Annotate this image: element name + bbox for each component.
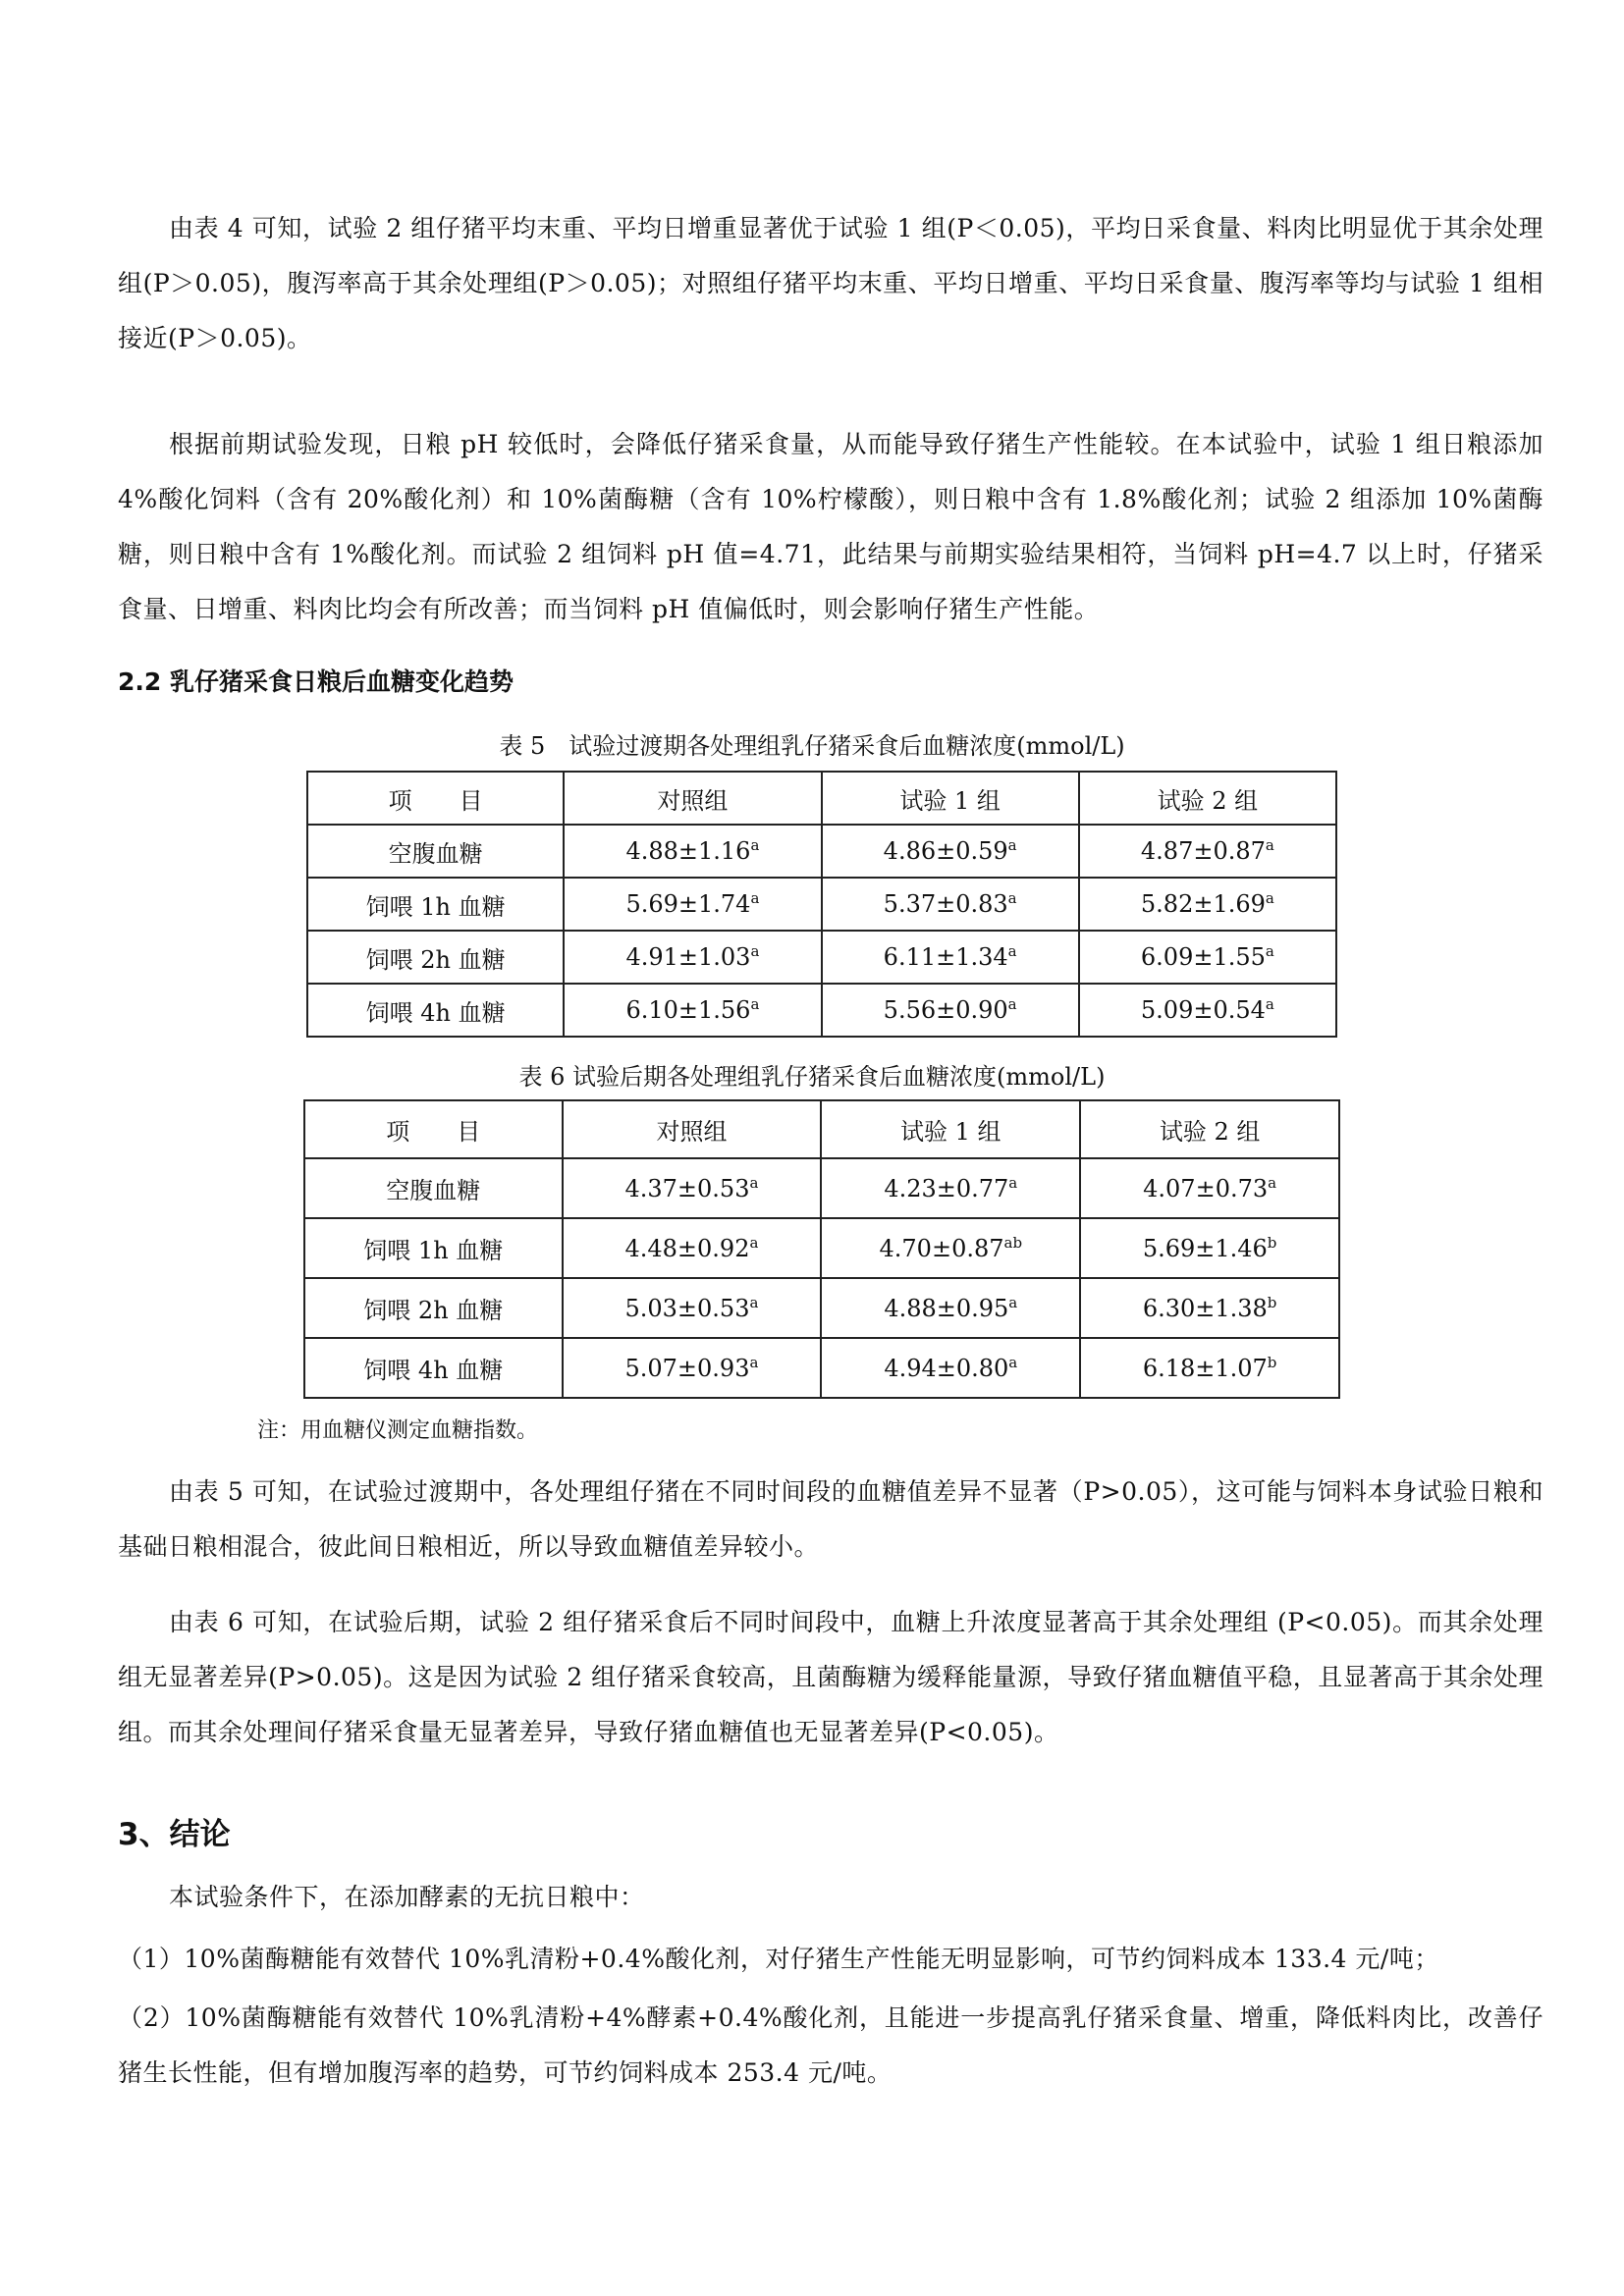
table6-note: 注：用血糖仪测定血糖指数。 xyxy=(257,1414,538,1444)
paragraph-table5-analysis: 由表 5 可知，在试验过渡期中，各处理组仔猪在不同时间段的血糖值差异不显著（P>… xyxy=(118,1465,1543,1575)
conclusion-item-1: （1）10%菌酶糖能有效替代 10%乳清粉+0.4%酸化剂，对仔猪生产性能无明显… xyxy=(118,1932,1543,1987)
value-cell: 4.88±0.95a xyxy=(821,1278,1080,1338)
row-label: 饲喂 2h 血糖 xyxy=(307,931,564,984)
section-heading-2-2: 2.2 乳仔猪采食日粮后血糖变化趋势 xyxy=(118,663,514,698)
paragraph-table6-analysis: 由表 6 可知，在试验后期，试验 2 组仔猪采食后不同时间段中，血糖上升浓度显著… xyxy=(118,1595,1543,1760)
value-cell: 5.69±1.74a xyxy=(564,878,821,931)
table6-caption: 表 6 试验后期各处理组乳仔猪采食后血糖浓度(mmol/L) xyxy=(0,1057,1624,1092)
value-cell: 4.91±1.03a xyxy=(564,931,821,984)
row-label: 饲喂 1h 血糖 xyxy=(307,878,564,931)
value-cell: 6.18±1.07b xyxy=(1080,1338,1339,1398)
paragraph-ph-discussion: 根据前期试验发现，日粮 pH 较低时，会降低仔猪采食量，从而能导致仔猪生产性能较… xyxy=(118,417,1543,637)
table5: 项 目 对照组 试验 1 组 试验 2 组 空腹血糖 4.88±1.16a 4.… xyxy=(306,771,1337,1038)
value-cell: 4.94±0.80a xyxy=(821,1338,1080,1398)
header-cell: 试验 1 组 xyxy=(822,772,1079,825)
row-label: 饲喂 2h 血糖 xyxy=(304,1278,563,1338)
value-cell: 6.10±1.56a xyxy=(564,984,821,1037)
header-cell: 试验 1 组 xyxy=(821,1100,1080,1158)
table5-header-row: 项 目 对照组 试验 1 组 试验 2 组 xyxy=(307,772,1336,825)
row-label: 饲喂 4h 血糖 xyxy=(304,1338,563,1398)
value-cell: 5.56±0.90a xyxy=(822,984,1079,1037)
value-cell: 4.88±1.16a xyxy=(564,825,821,878)
value-cell: 5.07±0.93a xyxy=(563,1338,822,1398)
value-cell: 4.86±0.59a xyxy=(822,825,1079,878)
row-label: 空腹血糖 xyxy=(307,825,564,878)
table-row: 饲喂 4h 血糖 6.10±1.56a 5.56±0.90a 5.09±0.54… xyxy=(307,984,1336,1037)
value-cell: 6.11±1.34a xyxy=(822,931,1079,984)
value-cell: 4.87±0.87a xyxy=(1079,825,1336,878)
table5-caption: 表 5 试验过渡期各处理组乳仔猪采食后血糖浓度(mmol/L) xyxy=(0,726,1624,761)
value-cell: 4.70±0.87ab xyxy=(821,1218,1080,1278)
table-row: 饲喂 2h 血糖 4.91±1.03a 6.11±1.34a 6.09±1.55… xyxy=(307,931,1336,984)
value-cell: 4.07±0.73a xyxy=(1080,1158,1339,1218)
paragraph-table4-analysis: 由表 4 可知，试验 2 组仔猪平均末重、平均日增重显著优于试验 1 组(P＜0… xyxy=(118,201,1543,366)
row-label: 空腹血糖 xyxy=(304,1158,563,1218)
conclusion-item-2: （2）10%菌酶糖能有效替代 10%乳清粉+4%酵素+0.4%酸化剂，且能进一步… xyxy=(118,1991,1543,2101)
table-row: 饲喂 2h 血糖 5.03±0.53a 4.88±0.95a 6.30±1.38… xyxy=(304,1278,1339,1338)
table-row: 空腹血糖 4.88±1.16a 4.86±0.59a 4.87±0.87a xyxy=(307,825,1336,878)
value-cell: 6.09±1.55a xyxy=(1079,931,1336,984)
value-cell: 4.37±0.53a xyxy=(563,1158,822,1218)
row-label: 饲喂 1h 血糖 xyxy=(304,1218,563,1278)
header-cell: 项 目 xyxy=(304,1100,563,1158)
value-cell: 5.09±0.54a xyxy=(1079,984,1336,1037)
table-row: 饲喂 1h 血糖 4.48±0.92a 4.70±0.87ab 5.69±1.4… xyxy=(304,1218,1339,1278)
paragraph-conclusion-intro: 本试验条件下，在添加酵素的无抗日粮中： xyxy=(118,1870,1543,1925)
value-cell: 5.82±1.69a xyxy=(1079,878,1336,931)
table-row: 饲喂 1h 血糖 5.69±1.74a 5.37±0.83a 5.82±1.69… xyxy=(307,878,1336,931)
header-cell: 试验 2 组 xyxy=(1079,772,1336,825)
value-cell: 4.48±0.92a xyxy=(563,1218,822,1278)
row-label: 饲喂 4h 血糖 xyxy=(307,984,564,1037)
table6: 项 目 对照组 试验 1 组 试验 2 组 空腹血糖 4.37±0.53a 4.… xyxy=(303,1099,1340,1399)
header-cell: 项 目 xyxy=(307,772,564,825)
header-cell: 对照组 xyxy=(564,772,821,825)
value-cell: 5.37±0.83a xyxy=(822,878,1079,931)
table-row: 空腹血糖 4.37±0.53a 4.23±0.77a 4.07±0.73a xyxy=(304,1158,1339,1218)
value-cell: 4.23±0.77a xyxy=(821,1158,1080,1218)
value-cell: 5.03±0.53a xyxy=(563,1278,822,1338)
section-heading-3: 3、结论 xyxy=(118,1809,231,1853)
value-cell: 5.69±1.46b xyxy=(1080,1218,1339,1278)
header-cell: 对照组 xyxy=(563,1100,822,1158)
header-cell: 试验 2 组 xyxy=(1080,1100,1339,1158)
value-cell: 6.30±1.38b xyxy=(1080,1278,1339,1338)
table6-header-row: 项 目 对照组 试验 1 组 试验 2 组 xyxy=(304,1100,1339,1158)
table-row: 饲喂 4h 血糖 5.07±0.93a 4.94±0.80a 6.18±1.07… xyxy=(304,1338,1339,1398)
